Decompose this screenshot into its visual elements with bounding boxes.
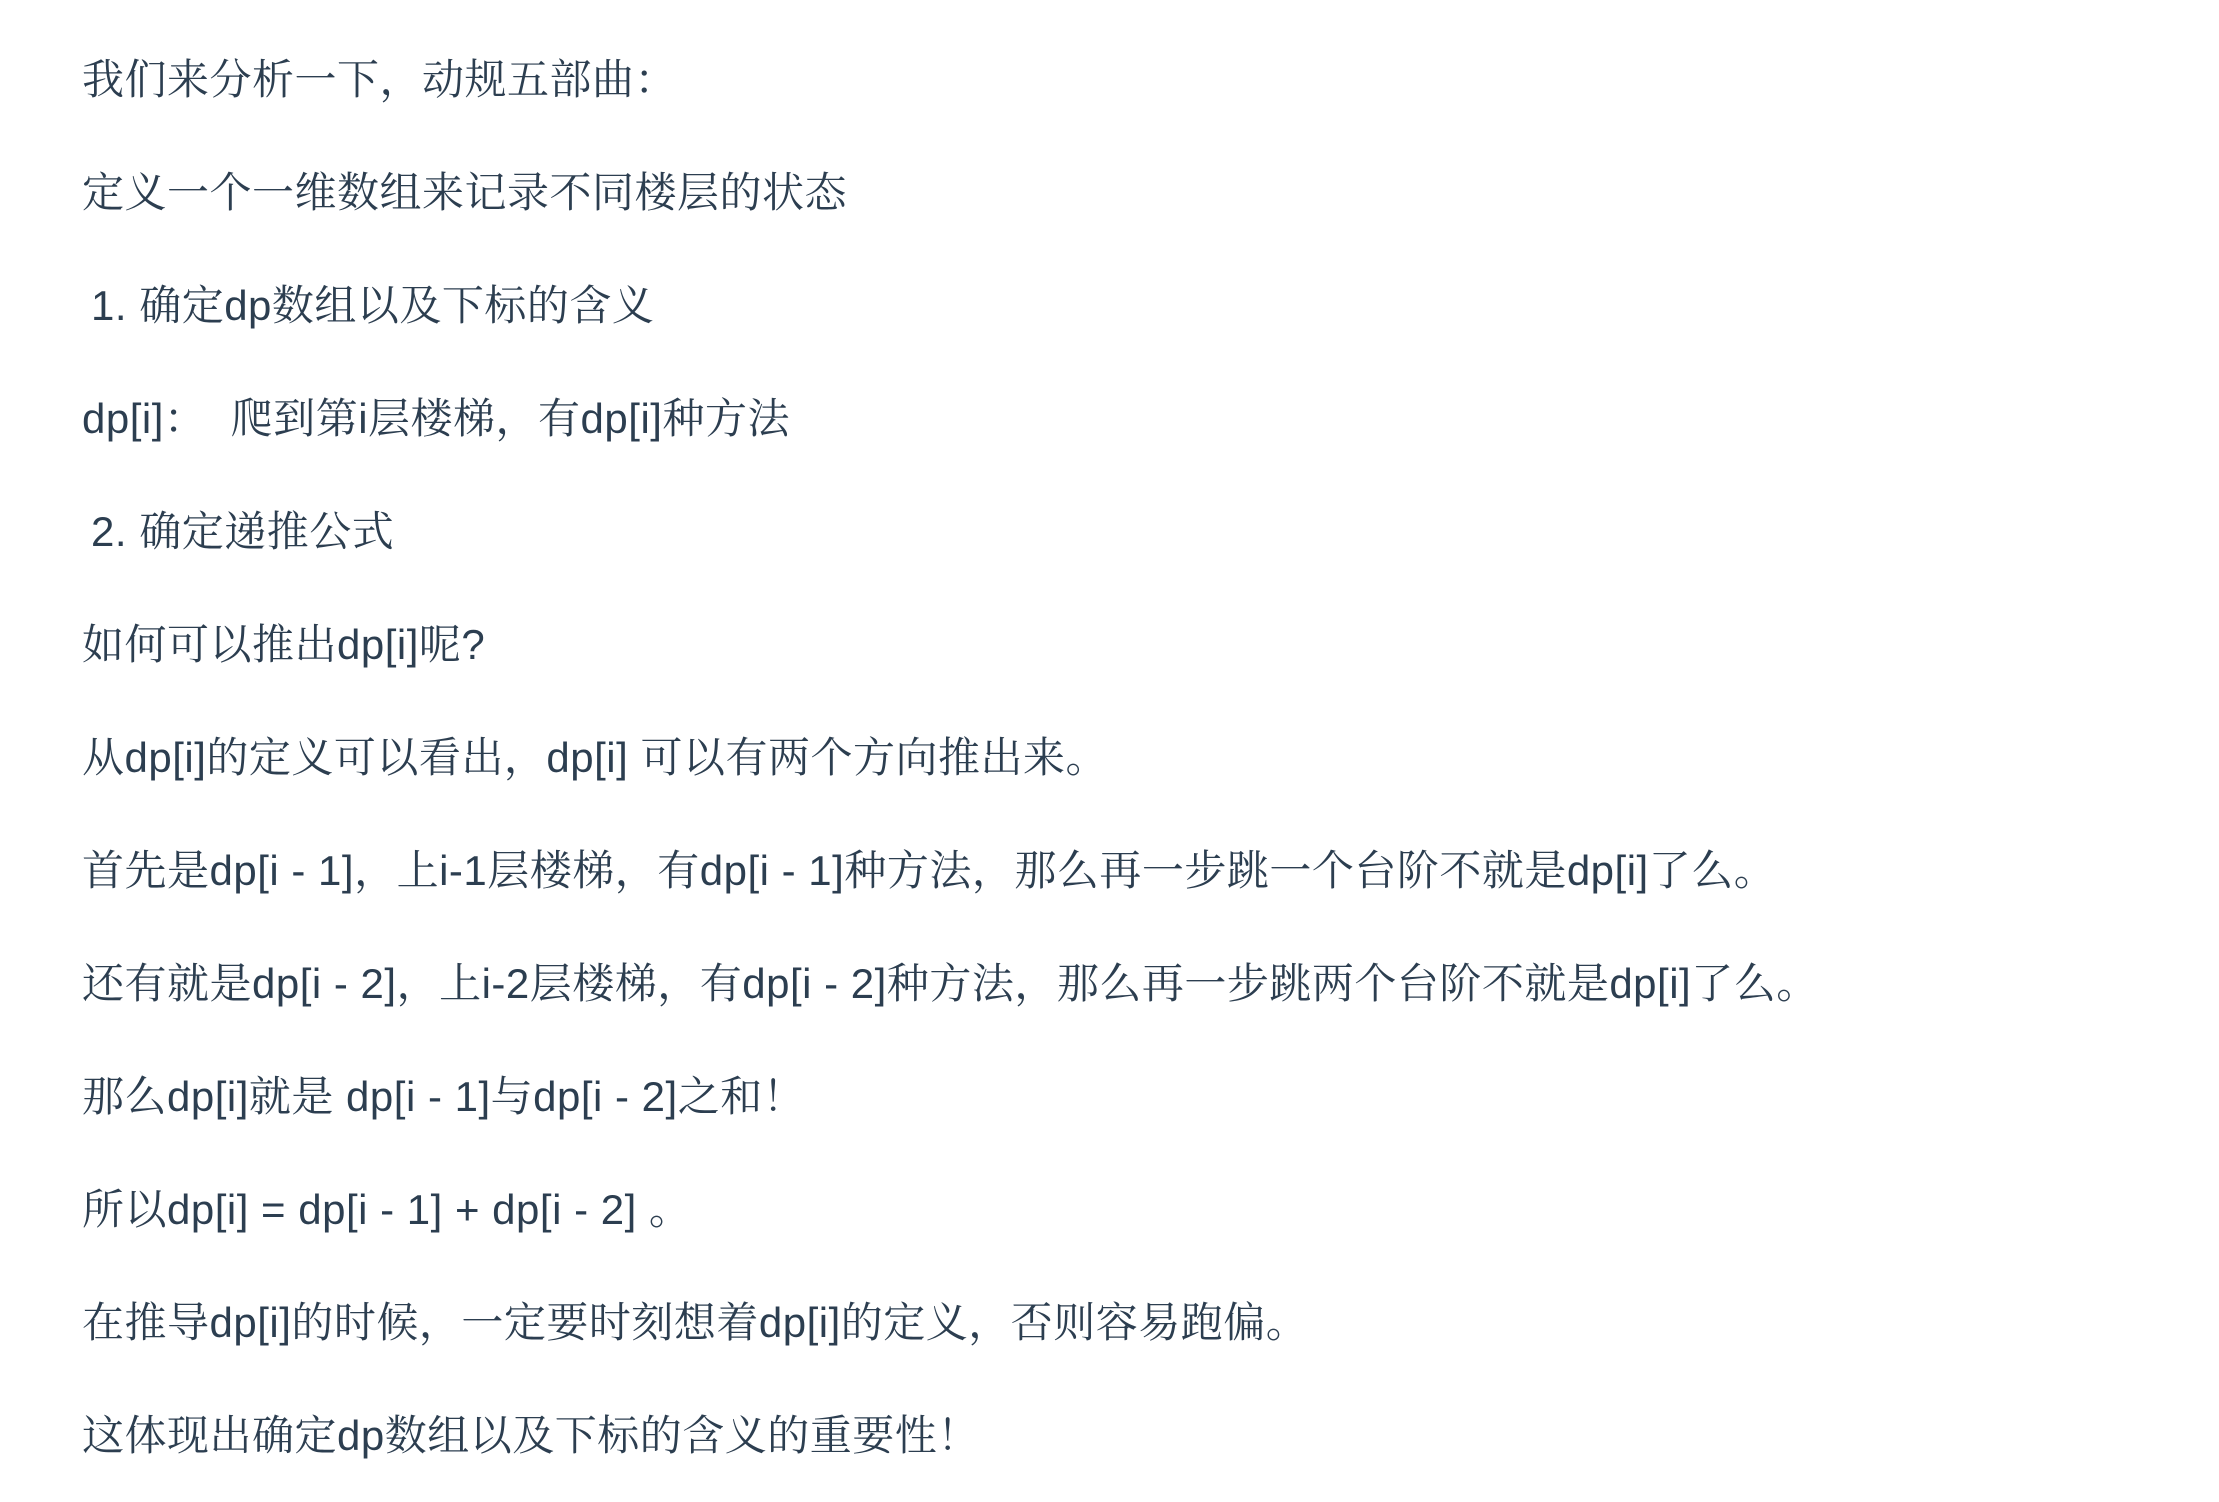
paragraph-sum-statement: 那么dp[i]就是 dp[i - 1]与dp[i - 2]之和！ xyxy=(82,1072,2179,1122)
paragraph-importance-note: 这体现出确定dp数组以及下标的含义的重要性！ xyxy=(82,1411,2179,1461)
paragraph-question: 如何可以推出dp[i]呢? xyxy=(82,620,2179,670)
paragraph-intro: 我们来分析一下，动规五部曲： xyxy=(82,55,2179,105)
paragraph-recurrence-formula: 所以dp[i] = dp[i - 1] + dp[i - 2] 。 xyxy=(82,1185,2179,1235)
ordered-item-step-1: 1. 确定dp数组以及下标的含义 xyxy=(82,281,2179,331)
paragraph-derivation-warning: 在推导dp[i]的时候，一定要时刻想着dp[i]的定义，否则容易跑偏。 xyxy=(82,1298,2179,1348)
paragraph-array-definition: 定义一个一维数组来记录不同楼层的状态 xyxy=(82,168,2179,218)
paragraph-two-directions: 从dp[i]的定义可以看出，dp[i] 可以有两个方向推出来。 xyxy=(82,733,2179,783)
article-body: 我们来分析一下，动规五部曲： 定义一个一维数组来记录不同楼层的状态 1. 确定d… xyxy=(0,0,2219,1502)
paragraph-dp-i-minus-2: 还有就是dp[i - 2]，上i-2层楼梯，有dp[i - 2]种方法，那么再一… xyxy=(82,959,2179,1009)
paragraph-dp-meaning: dp[i]： 爬到第i层楼梯，有dp[i]种方法 xyxy=(82,394,2179,444)
ordered-item-step-2: 2. 确定递推公式 xyxy=(82,507,2179,557)
paragraph-dp-i-minus-1: 首先是dp[i - 1]，上i-1层楼梯，有dp[i - 1]种方法，那么再一步… xyxy=(82,846,2179,896)
